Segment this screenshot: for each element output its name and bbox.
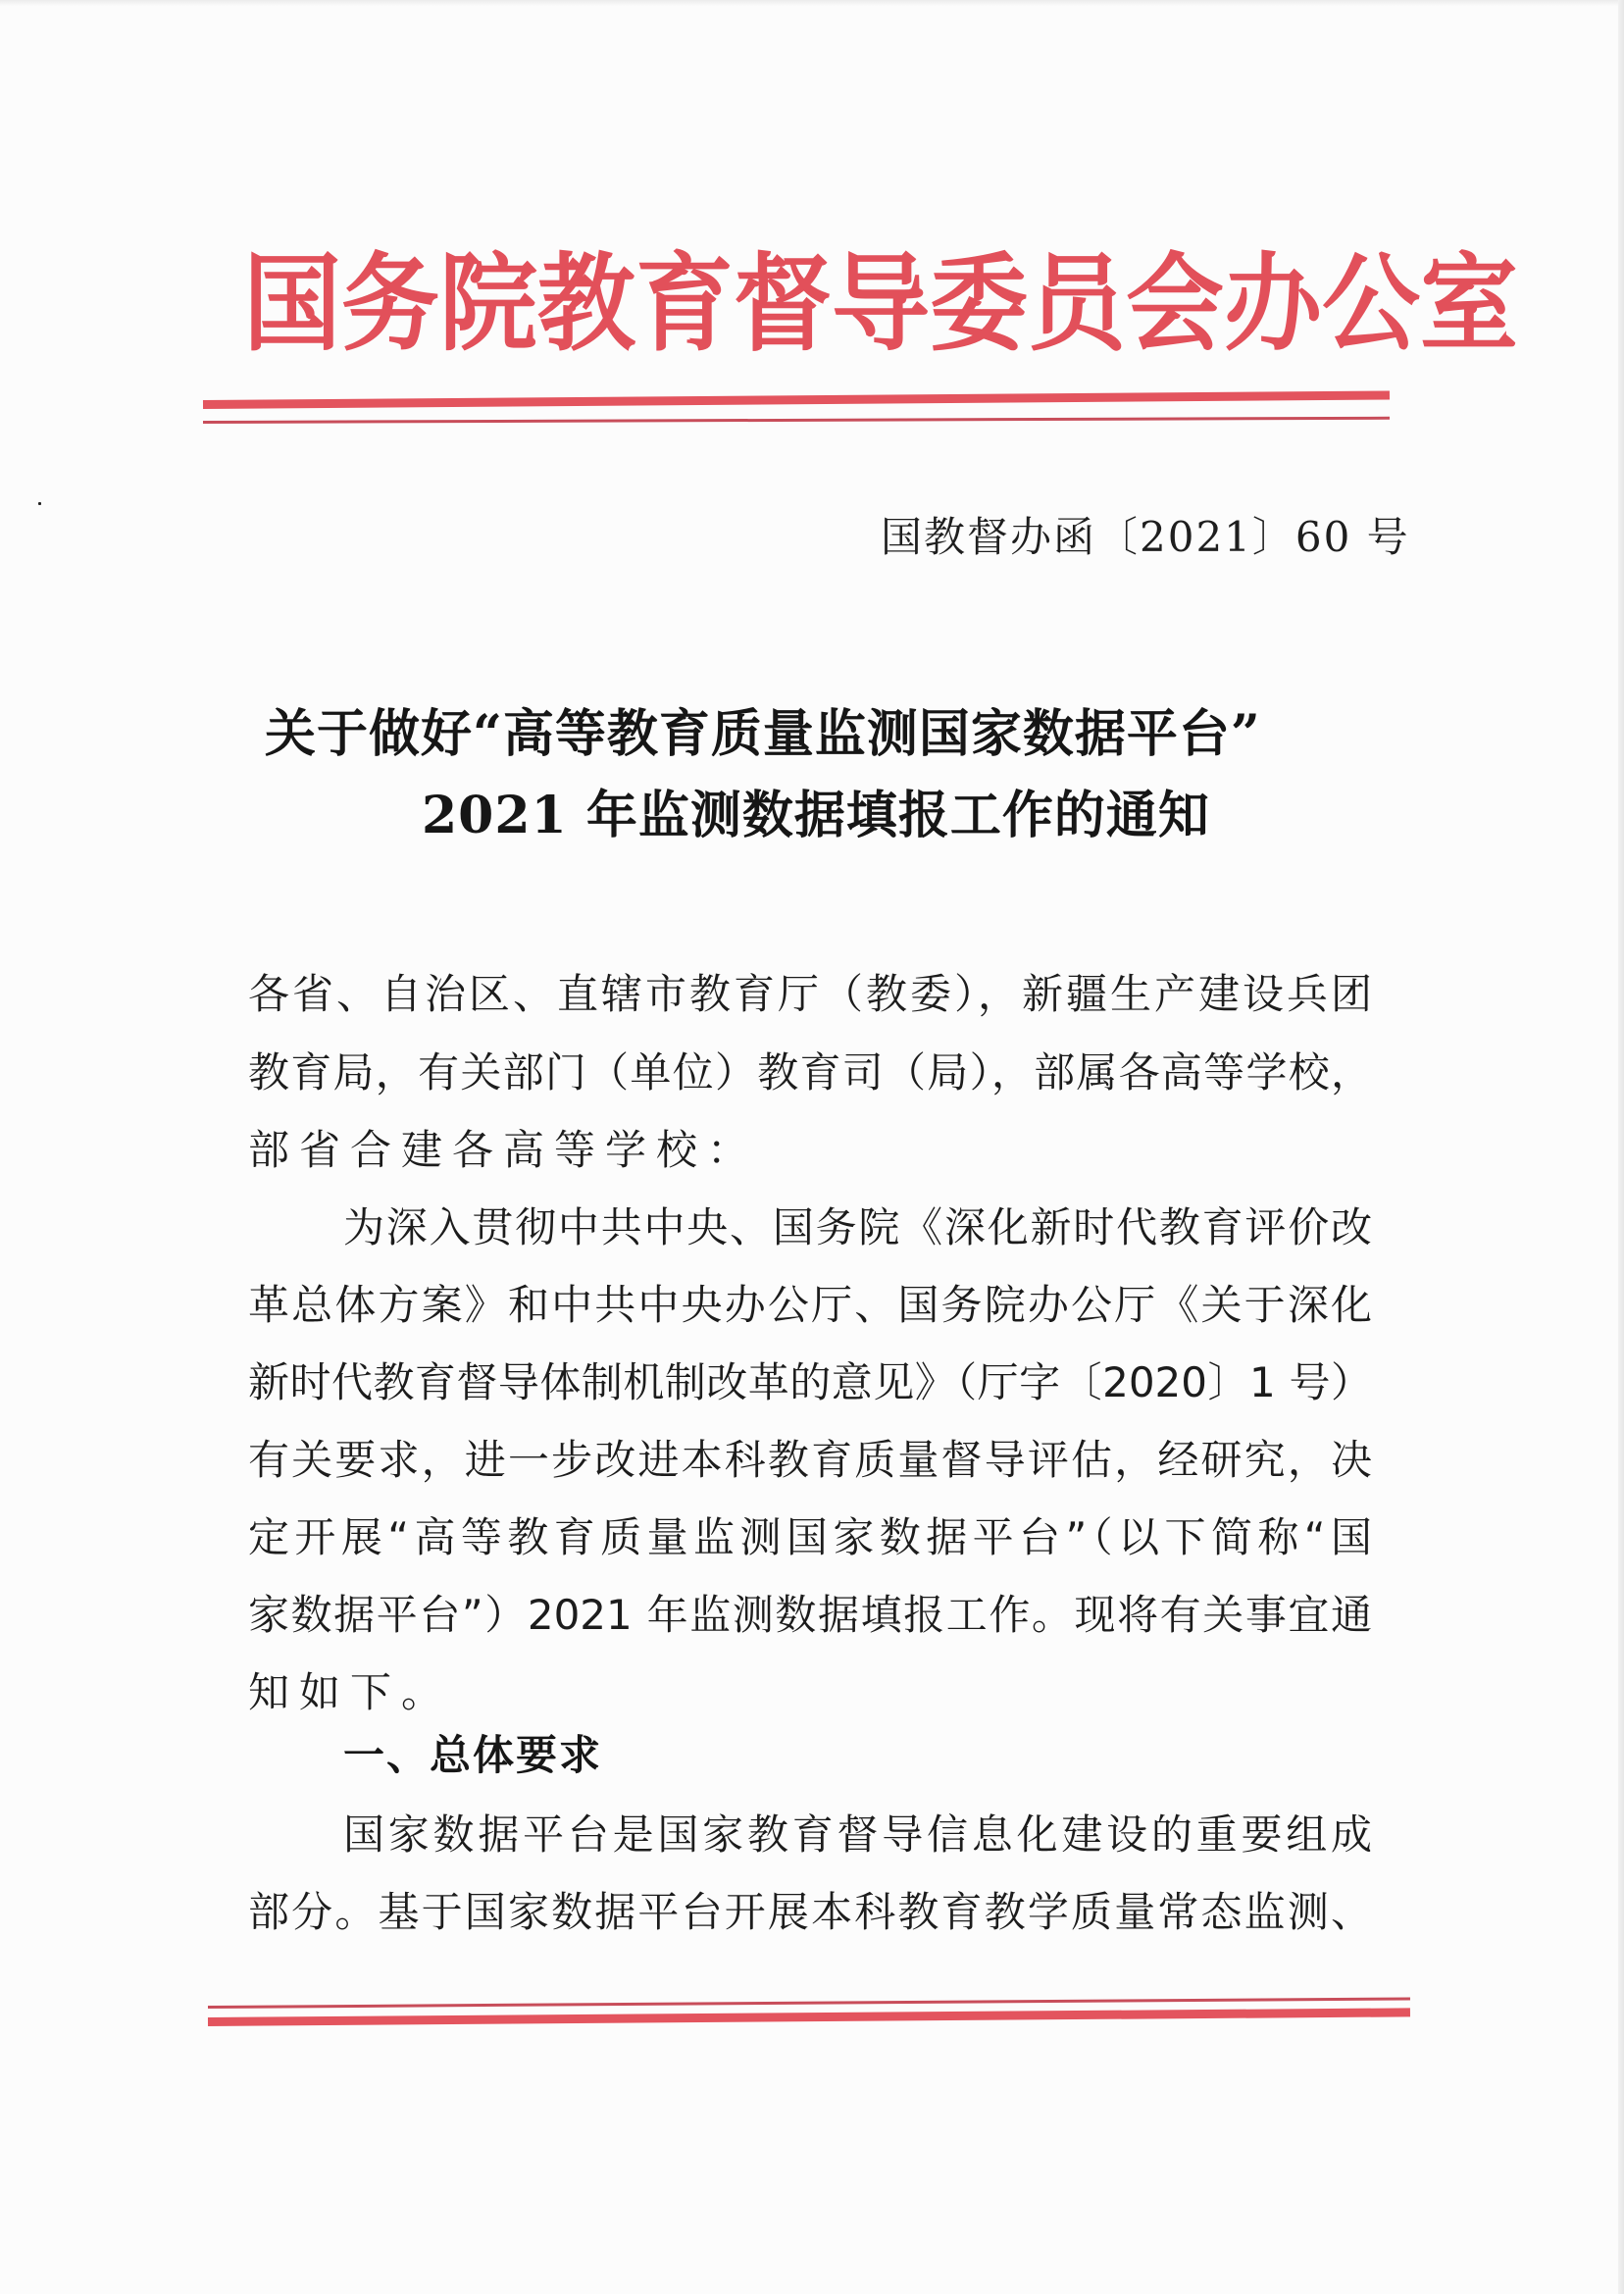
issuer-char: 务 — [341, 250, 439, 356]
issuer-char: 国 — [243, 250, 341, 356]
document-page: 国 务 院 教 育 督 导 委 员 会 办 公 室 国教督办函〔2021〕60 … — [0, 0, 1624, 2294]
section-paragraph-line: 部分。基于国家数据平台开展本科教育教学质量常态监测、 — [248, 1885, 1372, 1940]
section-paragraph-line: 国家数据平台是国家教育督导信息化建设的重要组成 — [343, 1808, 1372, 1862]
issuer-char: 导 — [832, 250, 930, 356]
issuer-header: 国 务 院 教 育 督 导 委 员 会 办 公 室 — [243, 236, 1356, 370]
header-rule-thick — [203, 390, 1390, 409]
header-rule-thin — [203, 417, 1390, 424]
scan-edge-shadow — [1618, 0, 1624, 2294]
issuer-char: 育 — [635, 250, 734, 356]
footer-rule-thick — [208, 2008, 1410, 2026]
intro-paragraph-line: 革总体方案》和中共中央办公厅、国务院办公厅《关于深化 — [248, 1278, 1372, 1333]
document-number: 国教督办函〔2021〕60 号 — [881, 508, 1410, 567]
issuer-char: 办 — [1224, 250, 1322, 356]
intro-paragraph-line: 知如下。 — [248, 1665, 1372, 1720]
intro-paragraph-line: 新时代教育督导体制机制改革的意见》（厅字〔2020〕1 号） — [248, 1355, 1372, 1410]
section-heading: 一、总体要求 — [343, 1728, 602, 1783]
issuer-char: 教 — [537, 250, 635, 356]
scan-top-shadow — [0, 0, 1624, 6]
footer-rule-thin — [208, 1997, 1410, 2009]
addressee-line: 教育局，有关部门（单位）教育司（局），部属各高等学校， — [248, 1045, 1372, 1100]
issuer-char: 公 — [1322, 250, 1420, 356]
issuer-char: 督 — [734, 250, 832, 356]
issuer-char: 员 — [1028, 250, 1126, 356]
intro-paragraph-line: 有关要求，进一步改进本科教育质量督导评估，经研究，决 — [248, 1433, 1372, 1488]
intro-paragraph-line: 为深入贯彻中共中央、国务院《深化新时代教育评价改 — [343, 1200, 1372, 1255]
issuer-char: 院 — [439, 250, 537, 356]
issuer-char: 会 — [1126, 250, 1224, 356]
intro-paragraph-line: 家数据平台”）2021 年监测数据填报工作。现将有关事宜通 — [248, 1588, 1372, 1643]
addressee-line: 部省合建各高等学校： — [248, 1123, 1372, 1178]
document-title-line-2: 2021 年监测数据填报工作的通知 — [422, 774, 1206, 847]
addressee-line: 各省、自治区、直辖市教育厅（教委），新疆生产建设兵团 — [248, 967, 1372, 1022]
issuer-char: 委 — [930, 250, 1028, 356]
document-title-line-1: 关于做好“高等教育质量监测国家数据平台” — [265, 692, 1324, 766]
scan-speck — [38, 502, 41, 505]
issuer-char: 室 — [1420, 250, 1518, 356]
intro-paragraph-line: 定开展“高等教育质量监测国家数据平台”（以下简称“国 — [248, 1510, 1372, 1565]
